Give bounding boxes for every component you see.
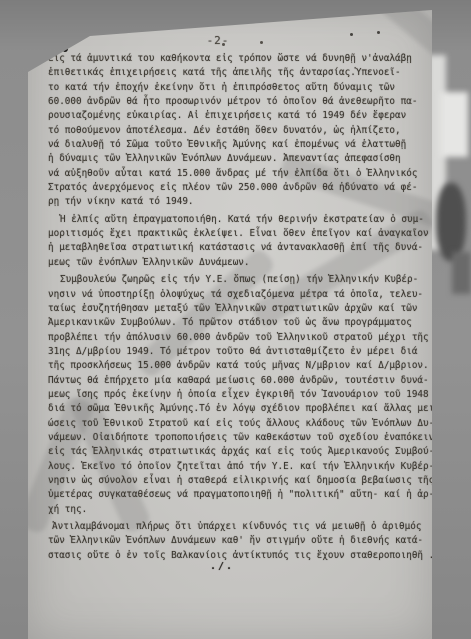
text-block: εἰς τά ἀμυντικά του καθήκοντα εἰς τρόπον… bbox=[48, 52, 440, 566]
text-line: το κατά τήν ἐποχήν ἐκείνην ὅτι ἡ ἐπιπρόσ… bbox=[48, 81, 440, 95]
text-line: ταίως ἐσυζητήθησαν μεταξύ τῶν Ἑλληνικῶν … bbox=[48, 302, 440, 316]
scan-artifact-dark-smudge bbox=[452, 252, 471, 294]
text-line: Ἀντιλαμβάνομαι πλήρως ὅτι ὑπάρχει κίνδυν… bbox=[48, 520, 440, 534]
paragraph: Ἡ ἐλπίς αὕτη ἐπραγματοποιήθη. Κατά τήν θ… bbox=[48, 213, 440, 270]
text-line: Στρατός ἀνερχόμενος εἰς πλέον τῶν 250.00… bbox=[48, 181, 440, 195]
text-line: Πάντως θά ἐπήρχετο μία καθαρά μείωσις 60… bbox=[48, 374, 440, 388]
text-line: ὑμετέρας συγκαταθέσεως νά πραγματοποιηθῇ… bbox=[48, 488, 440, 502]
text-line: νάμεων. Οἱαιδήποτε τροποποιήσεις τῶν καθ… bbox=[48, 431, 440, 445]
text-line: Ἡ ἐλπίς αὕτη ἐπραγματοποιήθη. Κατά τήν θ… bbox=[48, 213, 440, 227]
text-line: χή της. bbox=[48, 503, 440, 517]
text-line: νά διαλυθῇ τό Σῶμα τοῦτο Ἐθνικῆς Ἀμύνης … bbox=[48, 138, 440, 152]
scan-artifact-white-blotch bbox=[440, 92, 468, 157]
text-line: στασις οὔτε ὁ ἐν τοῖς Βαλκανίοις ἀντίκτυ… bbox=[48, 549, 440, 563]
text-line: νησιν νά ὑποστηρίξῃ ὁλοψύχως τά σχεδιαζό… bbox=[48, 288, 440, 302]
scan-artifact-dark-blotch bbox=[436, 183, 466, 261]
text-line: τό ποθούμενον ἀποτέλεσμα. Δέν ἐστάθη ὅθε… bbox=[48, 124, 440, 138]
text-line: ρῃ τήν νίκην κατά τό 1949. bbox=[48, 195, 440, 209]
text-line: νησιν ὡς σύνολον εἶναι ἡ σταθερά εἰλικρι… bbox=[48, 474, 440, 488]
text-line: τῶν Ἑλληνικῶν Ἐνόπλων Δυνάμεων καθ' ἥν σ… bbox=[48, 534, 440, 548]
paragraph: εἰς τά ἀμυντικά του καθήκοντα εἰς τρόπον… bbox=[48, 52, 440, 210]
text-line: τῆς προσκλήσεως 15.000 ἀνδρῶν κατά τούς … bbox=[48, 359, 440, 373]
text-line: μεως τῶν ἐνόπλων Ἑλληνικῶν Δυνάμεων. bbox=[48, 256, 440, 270]
text-line: λους. Ἐκεῖνο τό ὁποῖον ζητεῖται ἀπό τήν … bbox=[48, 460, 440, 474]
text-line: μοριτισμός ἔχει πρακτικῶς ἐκλείψει. Εἶνα… bbox=[48, 227, 440, 241]
text-line: ρουσιαζομένης εὐκαιρίας. Αἱ ἐπιχειρήσεις… bbox=[48, 109, 440, 123]
text-line: εἰς τά ἀμυντικά του καθήκοντα εἰς τρόπον… bbox=[48, 52, 440, 66]
paragraph: Ἀντιλαμβάνομαι πλήρως ὅτι ὑπάρχει κίνδυν… bbox=[48, 520, 440, 563]
text-line: ἡ μεταβληθεῖσα στρατιωτική κατάστασις νά… bbox=[48, 241, 440, 255]
document-page: -2- εἰς τά ἀμυντικά του καθήκοντα εἰς τρ… bbox=[28, 10, 432, 639]
paragraph: Συμβουλεύω ζωηρῶς εἰς τήν Υ.Ε. ὅπως (πεί… bbox=[48, 273, 440, 517]
page-number: -2- bbox=[28, 34, 408, 47]
scanned-document: -2- εἰς τά ἀμυντικά του καθήκοντα εἰς τρ… bbox=[0, 0, 471, 639]
text-line: νά αὐξηθοῦν αὗται κατά 15.000 ἄνδρας μέ … bbox=[48, 167, 440, 181]
text-line: Συμβουλεύω ζωηρῶς εἰς τήν Υ.Ε. ὅπως (πεί… bbox=[48, 273, 440, 287]
text-line: ἡ δύναμις τῶν Ἑλληνικῶν Ἐνόπλων Δυνάμεων… bbox=[48, 152, 440, 166]
text-line: Ἀμερικανικῶν Συμβούλων. Τό πρῶτον στάδιο… bbox=[48, 316, 440, 330]
text-line: ἐπιθετικάς ἐπιχειρήσεις κατά τῆς ἀπειλῆς… bbox=[48, 66, 440, 80]
text-line: μεως ἴσης πρός ἐκείνην ἡ ὁποία εἶχεν ἐγκ… bbox=[48, 388, 440, 402]
footer-continuation-mark: ./. bbox=[210, 561, 234, 572]
text-line: 60.000 ἀνδρῶν θά ἦτο προσωρινόν μέτρον τ… bbox=[48, 95, 440, 109]
text-line: προβλέπει τήν ἀπόλυσιν 60.000 ἀνδρῶν τοῦ… bbox=[48, 331, 440, 345]
text-line: εἰς τάς Ἑλληνικάς στρατιωτικάς ἀρχάς καί… bbox=[48, 445, 440, 459]
text-line: 31ης Δ/μβρίου 1949. Τό μέτρον τοῦτο θά ἀ… bbox=[48, 345, 440, 359]
text-line: ώσεις τοῦ Ἐθνικοῦ Στρατοῦ καί εἰς τούς ἄ… bbox=[48, 417, 440, 431]
text-line: διά τό σῶμα Ἐθνικῆς Ἀμύνης.Τό ἐν λόγῳ σχ… bbox=[48, 402, 440, 416]
